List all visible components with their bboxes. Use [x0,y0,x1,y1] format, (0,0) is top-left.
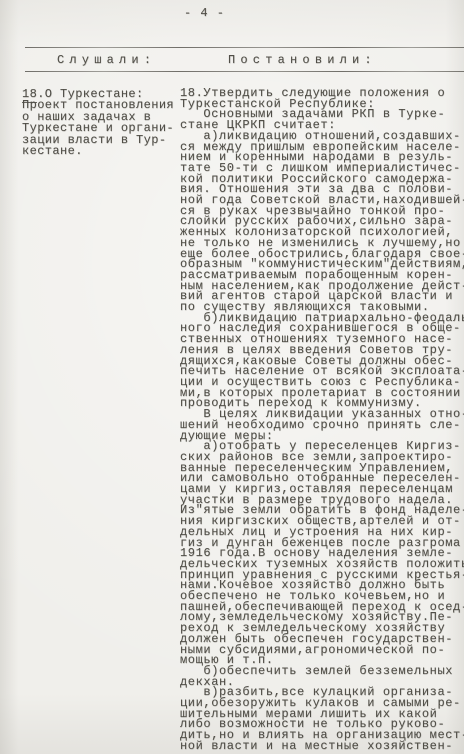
agenda-text: Проект постановленияо наших задачах вТур… [22,100,182,157]
header-rule-bottom [25,71,464,73]
resolution-text: 18.Утвердить следующие положения оТуркес… [180,88,464,752]
column-header-resolved: П о с т а н о в и л и : [228,53,371,67]
agenda-column: 18.О Туркестане: Проект постановленияо н… [22,89,182,157]
resolution-column: 18.Утвердить следующие положения оТуркес… [180,88,464,752]
text-line: ной власти и на местные хозяйствен- [180,741,464,752]
column-header-heard: С л у ш а л и : [57,53,150,67]
text-line: кестане. [22,146,182,157]
page-number: - 4 - [184,6,225,20]
header-rule-top [25,47,464,49]
document-page: - 4 - С л у ш а л и : П о с т а н о в и … [0,0,464,754]
